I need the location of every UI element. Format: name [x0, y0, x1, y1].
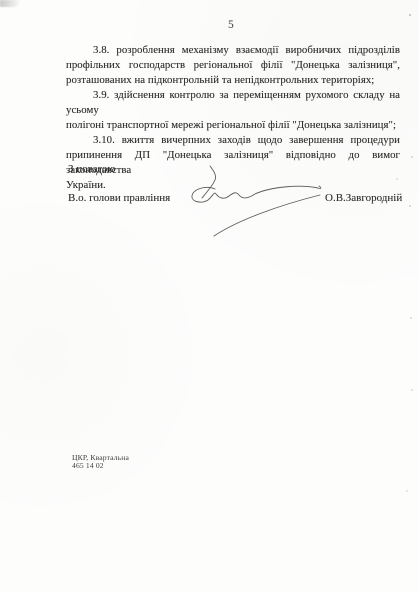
text-line: 3.10. вжиття вичерпних заходів щодо заве…: [66, 133, 400, 148]
scan-speck: [409, 205, 411, 207]
text-line: 3.8. розроблення механізму взаємодії вир…: [66, 43, 400, 58]
text-line: розташованих на підконтрольній та непідк…: [66, 73, 400, 88]
scan-speck: [410, 317, 412, 319]
text-line: полігоні транспортної мережі регіонально…: [66, 118, 400, 133]
signer-name: О.В.Завгородній: [325, 192, 400, 204]
signer-title: В.о. голови правління: [68, 192, 170, 204]
scan-speck: [411, 389, 413, 391]
text-line: 3.9. здійснення контролю за переміщенням…: [66, 88, 400, 118]
footer-reference-line: 465 14 02: [72, 462, 129, 470]
footer-reference: ЦКР, Квартальна 465 14 02: [72, 454, 129, 471]
scan-speck: [396, 178, 398, 180]
signature-strokes: [188, 158, 328, 242]
scan-speck: [406, 490, 408, 492]
scan-speck: [411, 156, 413, 158]
scan-smudge: [0, 0, 20, 7]
page-number: 5: [228, 19, 234, 31]
scan-speck: [409, 14, 411, 16]
text-line: профільних господарств регіональної філі…: [66, 58, 400, 73]
handwritten-signature: [188, 158, 328, 242]
scanned-letter-page: 5 3.8. розроблення механізму взаємодії в…: [0, 0, 419, 592]
closing-salutation: З повагою: [68, 163, 116, 175]
